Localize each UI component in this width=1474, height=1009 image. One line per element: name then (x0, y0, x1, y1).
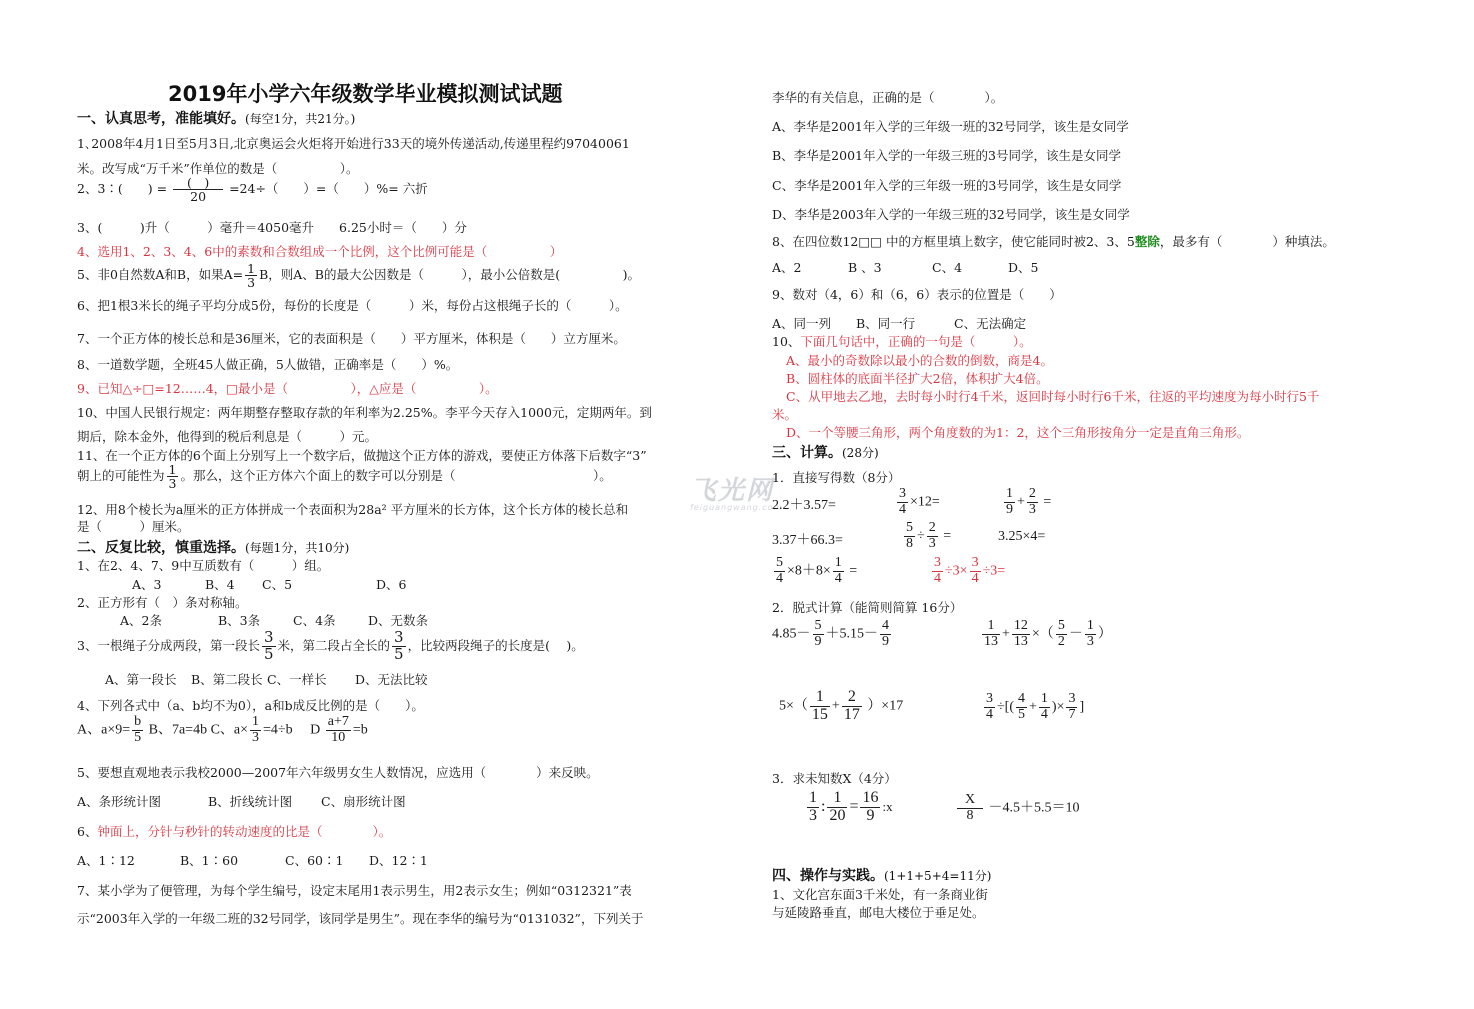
s2-q2: 2、正方形有（ ）条对称轴。 (77, 593, 247, 611)
watermark-logo: 飞光网 feiguangwang.com (690, 470, 782, 512)
section-4-heading: 四、操作与实践。(1+1+5+4=11分) (772, 865, 991, 885)
section-2-heading: 二、反复比较，慎重选择。(每题1分，共10分) (77, 537, 349, 557)
s2-q2-option-d: D、无数条 (368, 611, 428, 629)
s2-q1-option-b: B、4 (205, 575, 235, 593)
s2-q10-option-a: A、最小的奇数除以最小的合数的倒数，商是4。 (786, 351, 1053, 369)
s3-sub2: 2．脱式计算（能简则简算 16分） (772, 598, 962, 616)
s1-q4: 4、选用1、2、3、4、6中的素数和合数组成一个比例，这个比例可能是（ ） (77, 242, 562, 260)
s2-q9: 9、数对（4，6）和（6，6）表示的位置是（ ） (772, 285, 1062, 303)
s2-q10-option-c-cont: 米。 (772, 405, 797, 423)
s2-q8-option-d: D、5 (1008, 258, 1038, 276)
s2-q7-line3: 李华的有关信息，正确的是（ ）。 (772, 88, 1003, 106)
s1-q3: 3、( )升（ ）毫升＝4050毫升 6.25小时＝（ ）分 (77, 218, 467, 236)
section-3-heading: 三、计算。(28分) (772, 442, 879, 462)
s3-r3c1: 54×8＋8×14 = (772, 556, 857, 586)
s1-q9: 9、已知△÷□=12……4，□最小是（ ），△应是（ ）。 (77, 379, 498, 397)
s2-q7-line2: 示“2003年入学的一年级二班的32号同学，该同学是男生”。现在李华的编号为“0… (77, 909, 643, 927)
s2-q3-option-d: D、无法比较 (355, 670, 428, 688)
s2-q5-option-c: C、扇形统计图 (321, 792, 406, 810)
section-1-note: (每空1分，共21分。) (245, 112, 355, 126)
s3-expr2: 113+1213×（52－13） (980, 619, 1112, 649)
s1-q6: 6、把1根3米长的绳子平均分成5份，每份的长度是（ ）米，每份占这根绳子长的（ … (77, 296, 628, 314)
s2-q7-line1: 7、某小学为了便管理，为每个学生编号，设定末尾用1表示男生，用2表示女生；例如“… (77, 881, 632, 899)
s1-q11-line1: 11、在一个正方体的6个面上分别写上一个数字后，做抛这个正方体的游戏，要使正方体… (77, 446, 647, 464)
s1-q12-line1: 12、用8个棱长为a厘米的正方体拼成一个表面积为28a² 平方厘米的长方体，这个… (77, 500, 628, 518)
s3-r1c3: 19+23 = (1002, 487, 1051, 517)
s1-q2-part-b: =24÷（ ）=（ ）%= 六折 (229, 181, 428, 196)
s2-q10-option-d: D、一个等腰三角形，两个角度数的为1：2，这个三角形按角分一定是直角三角形。 (786, 423, 1249, 441)
s4-q1-line1: 1、文化宫东面3千米处，有一条商业街 (772, 885, 988, 903)
s2-q8-option-c: C、4 (932, 258, 962, 276)
s2-q7-option-d: D、李华是2003年入学的一年级三班的32号同学，该生是女同学 (772, 205, 1130, 223)
s2-q8-option-b: B 、3 (848, 258, 882, 276)
s2-q3-option-a: A、第一段长 (105, 670, 177, 688)
page-title: 2019年小学六年级数学毕业模拟测试试题 (168, 78, 562, 108)
s2-q6-option-b: B、1∶60 (180, 851, 238, 869)
s1-q2: 2、3∶( ) = ( )20 =24÷（ ）=（ ）%= 六折 (77, 176, 428, 203)
s3-r2c3: 3.25×4= (998, 529, 1045, 545)
s4-q1-line2: 与延陵路垂直，邮电大楼位于垂足处。 (772, 903, 985, 921)
s3-eq2: X8 －4.5＋5.5＝10 (955, 793, 1080, 823)
s3-r2c1: 3.37＋66.3= (772, 529, 843, 549)
s1-q11-line2: 朝上的可能性为13。那么，这个正方体六个面上的数字可以分别是（ ）。 (77, 463, 612, 490)
s3-expr3: 5×（115+217 ）×17 (779, 689, 903, 724)
s2-q2-option-b: B、3条 (218, 611, 260, 629)
s1-q10-line1: 10、中国人民银行规定：两年期整存整取存款的年利率为2.25%。李平今天存入10… (77, 403, 652, 421)
s3-r3c2: 34÷3×34÷3= (930, 556, 1005, 586)
s2-q9-option-c: C、无法确定 (954, 314, 1026, 332)
s2-q7-option-b: B、李华是2001年入学的一年级三班的3号同学，该生是女同学 (772, 146, 1121, 164)
s3-eq1: 13:120=169:x (805, 790, 893, 825)
divisible-highlight: 整除 (1135, 234, 1160, 249)
s3-sub1: 1．直接写得数（8分） (772, 468, 900, 486)
section-1-title: 一、认真思考，准能填好。 (77, 111, 245, 127)
s2-q4: 4、下列各式中（a、b均不为0），a和b成反比例的是（ ）。 (77, 696, 424, 714)
s3-expr1: 4.85－59＋5.15－49 (772, 619, 893, 649)
s1-q7: 7、一个正方体的棱长总和是36厘米，它的表面积是（ ）平方厘米，体积是（ ）立方… (77, 329, 626, 347)
s2-q2-option-c: C、4条 (293, 611, 336, 629)
s2-q6: 6、钟面上，分针与秒针的转动速度的比是（ ）。 (77, 822, 391, 840)
s1-q1-line1: 1､2008年4月1日至5月3日,北京奥运会火炬将开始进行33天的境外传递活动,… (77, 134, 630, 152)
s2-q9-option-b: B、同一行 (856, 314, 915, 332)
s1-q1-line2: 米。改写成“万千米”作单位的数是（ ）。 (77, 159, 359, 177)
s2-q9-option-a: A、同一列 (772, 314, 831, 332)
s2-q3-option-b: B、第二段长 (191, 670, 263, 688)
s2-q5-option-a: A、条形统计图 (77, 792, 161, 810)
s1-q5: 5、非0自然数A和B，如果A=13B，则A、B的最大公因数是（ ），最小公倍数是… (77, 262, 640, 289)
s3-r1c2: 34×12= (895, 487, 940, 517)
s2-q4-options: A、a×9=b5 B、7a=4b C、a×13=4÷b D a+710=b (77, 715, 368, 745)
s1-q8: 8、一道数学题，全班45人做正确，5人做错，正确率是（ ）%。 (77, 355, 458, 373)
s2-q6-option-c: C、60∶1 (285, 851, 343, 869)
section-1-heading: 一、认真思考，准能填好。(每空1分，共21分。) (77, 108, 355, 128)
s2-q10-option-c: C、从甲地去乙地，去时每小时行4千米，返回时每小时行6千米，往返的平均速度为每小… (786, 387, 1319, 405)
s2-q6-option-a: A、1∶12 (77, 851, 135, 869)
s1-q12-line2: 是（ ）厘米。 (77, 517, 190, 535)
s2-q2-option-a: A、2条 (120, 611, 162, 629)
s1-q2-fraction: ( )20 (173, 176, 223, 203)
s1-q2-part-a: 2、3∶( ) = (77, 181, 167, 196)
s3-expr4: 34÷[(45+14)×37] (982, 692, 1084, 722)
s2-q1: 1、在2、4、7、9中互质数有（ ）组。 (77, 556, 329, 574)
s1-q10-line2: 期后，除本金外，他得到的税后利息是（ ）元。 (77, 427, 377, 445)
s2-q7-option-a: A、李华是2001年入学的三年级一班的32号同学，该生是女同学 (772, 117, 1129, 135)
s2-q1-option-c: C、5 (262, 575, 292, 593)
s3-r1c1: 2.2＋3.57= (772, 494, 836, 514)
s2-q8-option-a: A、2 (772, 258, 801, 276)
s2-q7-option-c: C、李华是2001年入学的三年级一班的3号同学，该生是女同学 (772, 176, 1121, 194)
s2-q3: 3、一根绳子分成两段，第一段长35米，第二段占全长的35，比较两段绳子的长度是(… (77, 630, 584, 663)
s1-q4-text: 选用1、2、3、4、6中的素数和合数组成一个比例，这个比例可能是（ ） (97, 244, 562, 259)
s2-q8: 8、在四位数12□□ 中的方框里填上数字，使它能同时被2、3、5整除，最多有（ … (772, 232, 1335, 250)
s2-q5: 5、要想直观地表示我校2000—2007年六年级男女生人数情况，应选用（ ）来反… (77, 763, 599, 781)
s2-q6-option-d: D、12∶1 (369, 851, 428, 869)
s2-q10-option-b: B、圆柱体的底面半径扩大2倍，体积扩大4倍。 (786, 369, 1049, 387)
s2-q1-option-d: D、6 (376, 575, 406, 593)
s3-r2c2: 58÷23 = (902, 521, 951, 551)
s2-q3-option-c: C、一样长 (267, 670, 327, 688)
s2-q1-option-a: A、3 (132, 575, 161, 593)
s2-q5-option-b: B、折线统计图 (208, 792, 292, 810)
s2-q10: 10、下面几句话中，正确的一句是（ ）。 (772, 332, 1032, 350)
s3-sub3: 3．求未知数X（4分） (772, 769, 897, 787)
